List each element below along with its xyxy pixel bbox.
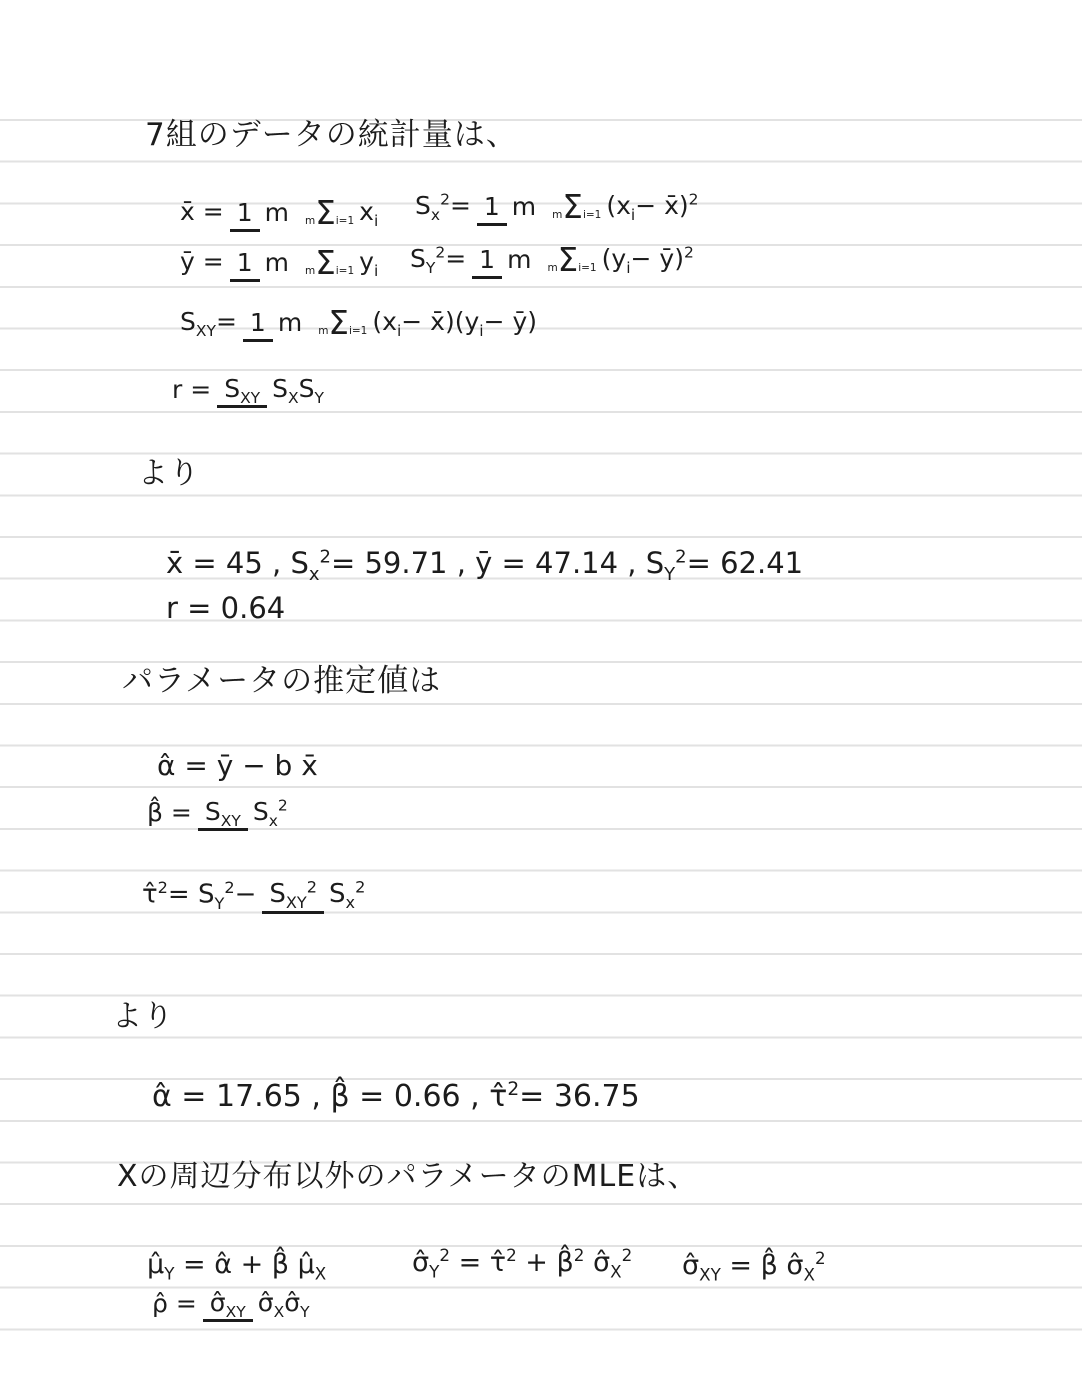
formula-tau-hat-def: τ̂2= SY2−SXY2Sx2 — [142, 878, 376, 914]
formula-sxy-def: SXY=1mmΣi=1(xi− x̄)(yi− ȳ) — [180, 306, 537, 341]
r-value-line: r = 0.64 — [166, 590, 285, 626]
param-estimates-heading: パラメータの推定値は — [122, 662, 441, 701]
formula-sy2-def: SY2=1mmΣi=1(yi− ȳ)2 — [410, 243, 694, 278]
formula-r-def: r =SXYSXSY — [172, 374, 335, 407]
formula-ybar-def: ȳ =1mmΣi=1yi — [180, 246, 378, 281]
yori-label-2: より — [112, 998, 174, 1036]
formula-sigma-xy-mle: σ̂XY = β̂ σ̂X2 — [682, 1248, 826, 1285]
ruled-lines — [0, 119, 1082, 1331]
stats-values-line: x̄ = 45 , Sx2= 59.71 , ȳ = 47.14 , SY2= … — [166, 545, 803, 586]
note-title: 7組のデータの統計量は、 — [145, 116, 518, 155]
mle-heading: Xの周辺分布以外のパラメータのMLEは、 — [117, 1158, 698, 1196]
formula-beta-hat-def: β̂ =SXYSx2 — [147, 797, 299, 830]
formula-sx2-def: Sx2=1mmΣi=1(xi− x̄)2 — [415, 190, 699, 225]
formula-sigma-y2-mle: σ̂Y2 = τ̂2 + β̂2 σ̂X2 — [412, 1245, 632, 1282]
notebook-page: 7組のデータの統計量は、 x̄ =1mmΣi=1xi Sx2=1mmΣi=1(x… — [0, 0, 1082, 1400]
yori-label-1: より — [138, 455, 200, 493]
formula-mu-y-mle: μ̂Y = α̂ + β̂ μ̂X — [147, 1248, 326, 1284]
formula-alpha-hat-def: α̂ = ȳ − b x̄ — [157, 748, 318, 783]
formula-xbar-def: x̄ =1mmΣi=1xi — [180, 196, 378, 231]
estimate-values-line: α̂ = 17.65 , β̂ = 0.66 , τ̂2= 36.75 — [152, 1078, 640, 1116]
formula-rho-hat-mle: ρ̂ =σ̂XYσ̂Xσ̂Y — [152, 1288, 321, 1321]
